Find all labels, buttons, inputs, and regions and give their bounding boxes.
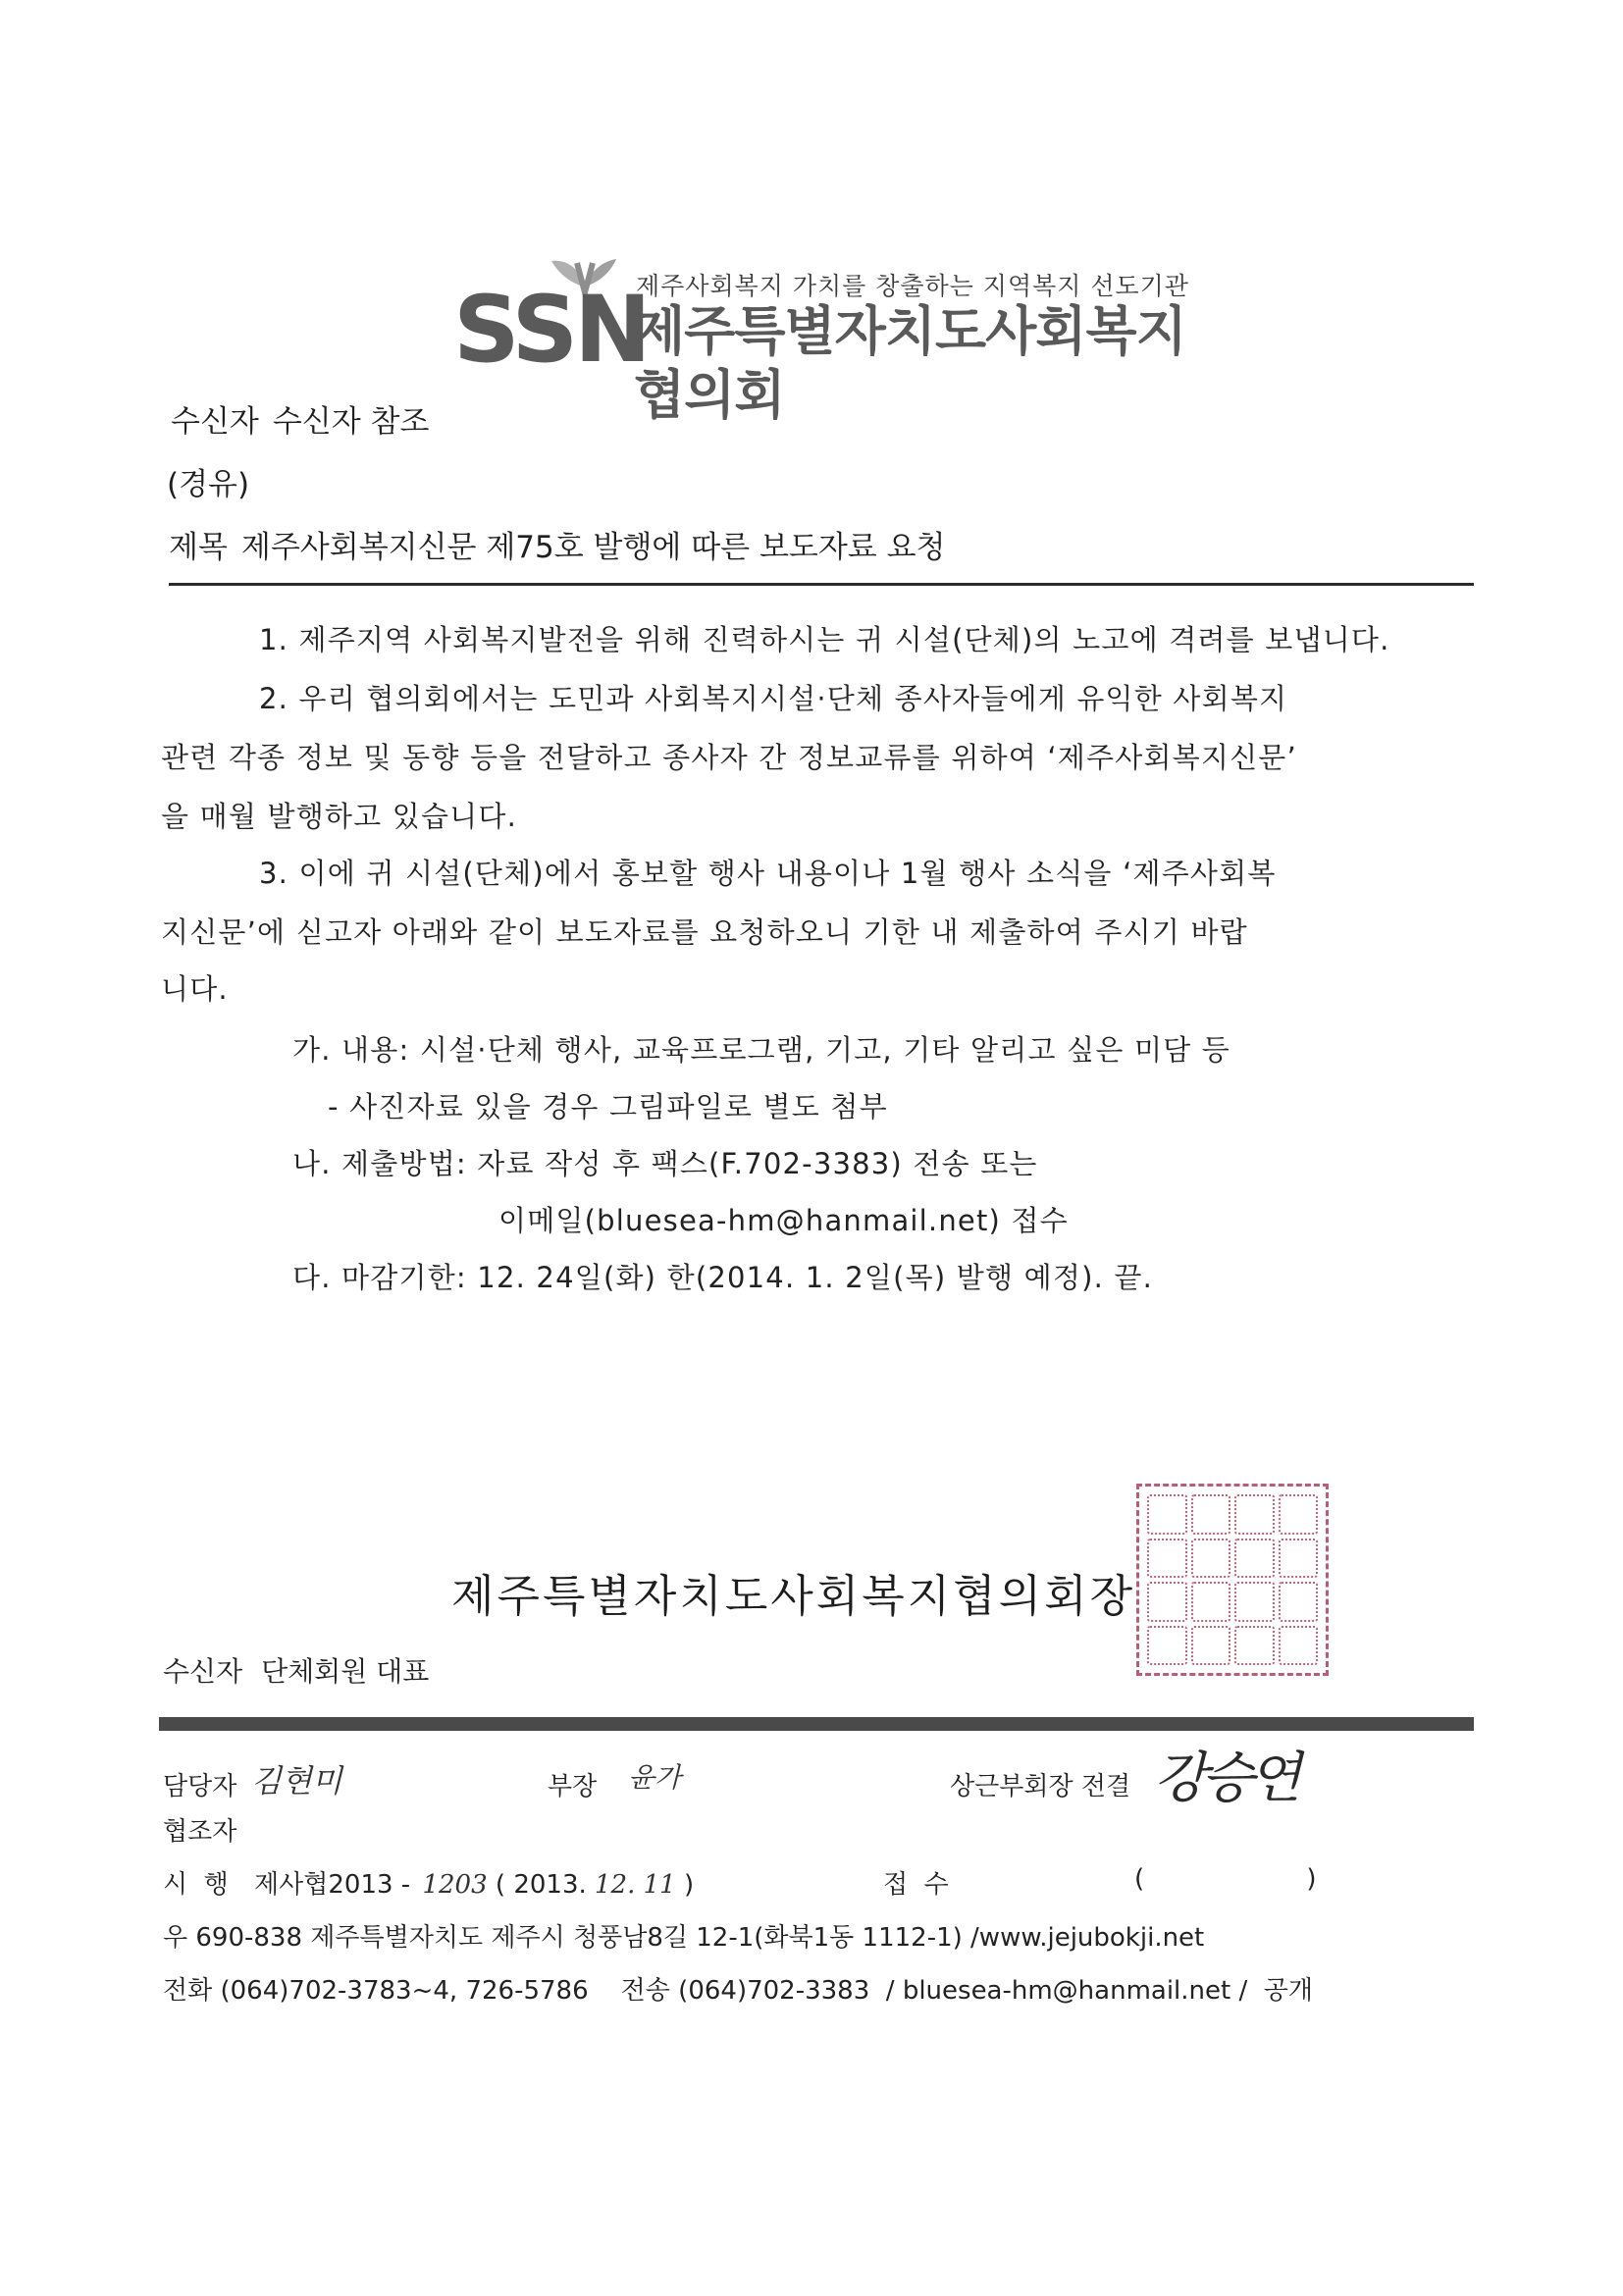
approver-signature: 강승연 (1154, 1735, 1295, 1813)
cooperator-label: 협조자 (163, 1811, 236, 1848)
subject-divider (169, 583, 1474, 586)
via-line: (경유) (167, 459, 249, 503)
recipient-value: 수신자 참조 (273, 404, 430, 440)
receipt-label: 접 수 (883, 1864, 949, 1901)
item-submission-email: 이메일(bluesea-hm@hanmail.net) 접수 (498, 1199, 1069, 1239)
letterhead-logo: SSN 제주사회복지 가치를 창출하는 지역복지 선도기관 제주특별자치도사회복… (453, 257, 1219, 375)
subject-line: 제목제주사회복지신문 제75호 발행에 따른 보도자료 요청 (169, 522, 946, 566)
logo-text: SSN (453, 285, 648, 377)
receipt-value: ( ) (1134, 1864, 1317, 1894)
item-content: 가. 내용: 시설·단체 행사, 교육프로그램, 기고, 기타 알리고 싶은 미… (292, 1028, 1230, 1069)
paragraph-3-line-2: 지신문’에 싣고자 아래와 같이 보도자료를 요청하오니 기한 내 제출하여 주… (161, 911, 1248, 951)
address-line: 우 690-838 제주특별자치도 제주시 청풍남8길 12-1(화북1동 11… (163, 1917, 1204, 1954)
contact-line: 전화 (064)702-3783~4, 726-5786 전송 (064)702… (163, 1970, 1313, 2007)
item-submission-method: 나. 제출방법: 자료 작성 후 팩스(F.702-3383) 전송 또는 (292, 1142, 1038, 1182)
enforcement-line: 시 행 제사협2013 - 1203 ( 2013. 12. 11 ) (163, 1864, 694, 1901)
doc-date-close: ) (684, 1870, 694, 1900)
paragraph-3-line-3: 니다. (161, 967, 229, 1008)
doc-number: 1203 (422, 1870, 487, 1900)
official-seal-icon (1136, 1484, 1329, 1676)
paragraph-2-line-2: 관련 각종 정보 및 동향 등을 전달하고 종사자 간 정보교류를 위하여 ‘제… (161, 736, 1297, 776)
item-deadline: 다. 마감기한: 12. 24일(화) 한(2014. 1. 2일(목) 발행 … (292, 1256, 1153, 1296)
item-content-note: - 사진자료 있을 경우 그림파일로 별도 첨부 (328, 1085, 888, 1125)
approver-label: 상근부회장 전결 (950, 1766, 1130, 1802)
drafter-signature: 김현미 (251, 1756, 342, 1801)
drafter-label: 담당자 (163, 1766, 236, 1802)
doc-date: 12. 11 (595, 1870, 676, 1900)
manager-label: 부장 (548, 1766, 597, 1802)
recipients-line: 수신자 단체회원 대표 (163, 1650, 429, 1690)
slogan: 제주사회복지 가치를 창출하는 지역복지 선도기관 (636, 267, 1189, 302)
recipient-line: 수신자수신자 참조 (171, 396, 429, 441)
paragraph-2-line-1: 2. 우리 협의회에서는 도민과 사회복지시설·단체 종사자들에게 유익한 사회… (259, 677, 1287, 717)
recipient-label: 수신자 (171, 404, 259, 440)
subject-value: 제주사회복지신문 제75호 발행에 따른 보도자료 요청 (241, 530, 946, 565)
recipients-value: 단체회원 대표 (261, 1655, 429, 1688)
recipients-label: 수신자 (163, 1655, 242, 1688)
paragraph-2-line-3: 을 매월 발행하고 있습니다. (161, 795, 517, 835)
approval-divider (159, 1717, 1474, 1731)
paragraph-1-line-1: 1. 제주지역 사회복지발전을 위해 진력하시는 귀 시설(단체)의 노고에 격… (259, 618, 1390, 658)
subject-label: 제목 (169, 530, 228, 565)
doc-prefix: 제사협2013 - (254, 1870, 410, 1900)
enforce-label: 시 행 (163, 1870, 229, 1900)
organization-name: 제주특별자치도사회복지협의회 (634, 300, 1219, 428)
manager-signature: 윤가 (628, 1756, 681, 1796)
paragraph-3-line-1: 3. 이에 귀 시설(단체)에서 홍보할 행사 내용이나 1월 행사 소식을 ‘… (259, 852, 1277, 892)
doc-date-open: ( 2013. (496, 1870, 587, 1900)
sender-title: 제주특별자치도사회복지협의회장 (451, 1560, 1135, 1624)
